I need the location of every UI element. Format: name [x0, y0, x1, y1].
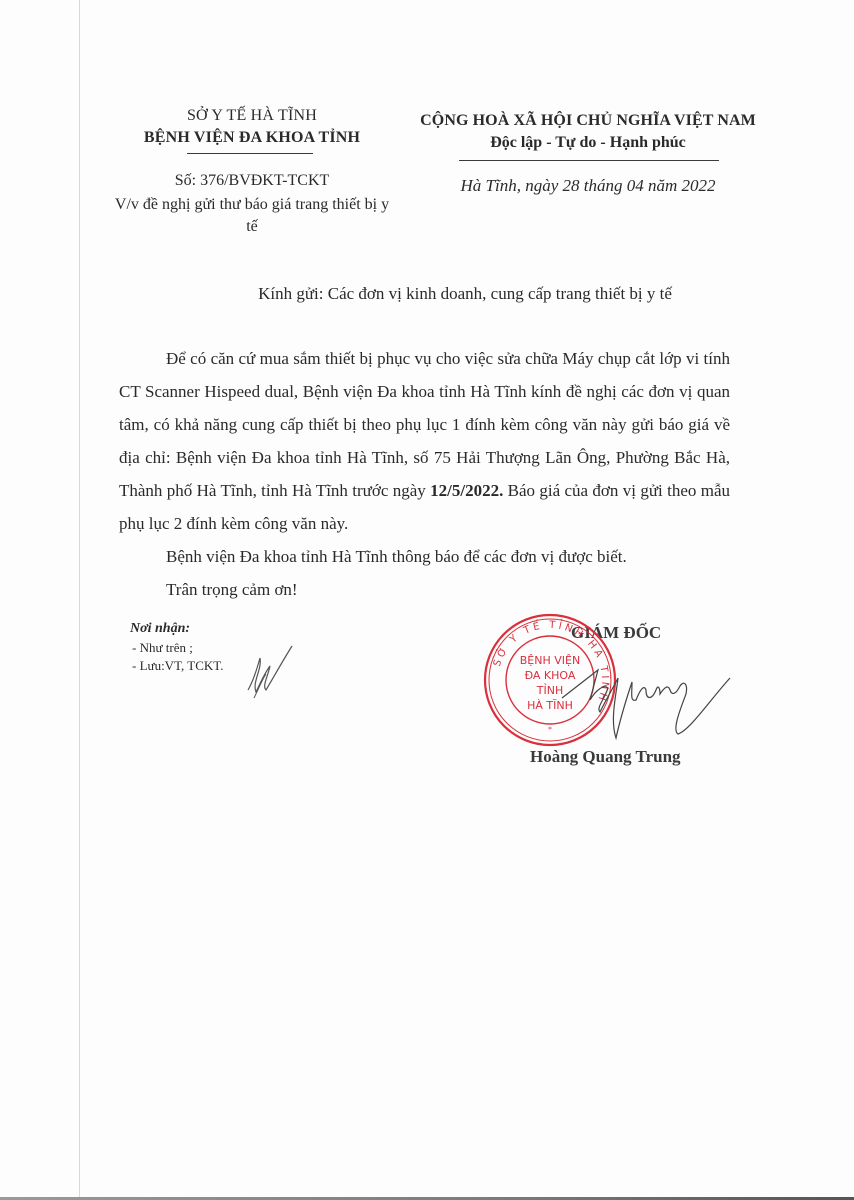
closing-line: Trân trọng cảm ơn! — [119, 573, 730, 606]
body-paragraph-2: Bệnh viện Đa khoa tỉnh Hà Tĩnh thông báo… — [119, 540, 730, 573]
director-signature-icon — [560, 660, 735, 745]
document-page: SỞ Y TẾ HÀ TĨNH BỆNH VIỆN ĐA KHOA TỈNH S… — [0, 0, 854, 1200]
svg-text:*: * — [548, 725, 552, 734]
national-title: CỘNG HOÀ XÃ HỘI CHỦ NGHĨA VIỆT NAM — [388, 112, 788, 130]
letter-body: Để có căn cứ mua sắm thiết bị phục vụ ch… — [119, 342, 730, 606]
recipients-title: Nơi nhận: — [130, 621, 190, 637]
body-paragraph-1-text: Để có căn cứ mua sắm thiết bị phục vụ ch… — [119, 349, 730, 500]
document-subject: V/v đề nghị gửi thư báo giá trang thiết … — [112, 194, 392, 238]
recipient-item: - Như trên ; — [132, 639, 224, 657]
national-motto: Độc lập - Tự do - Hạnh phúc — [388, 134, 788, 152]
initial-signature-icon — [240, 640, 295, 700]
salutation: Kính gửi: Các đơn vị kinh doanh, cung cấ… — [100, 284, 830, 304]
document-number: Số: 376/BVĐKT-TCKT — [112, 172, 392, 190]
place-and-date: Hà Tĩnh, ngày 28 tháng 04 năm 2022 — [388, 176, 788, 196]
deadline-date: 12/5/2022. — [430, 481, 503, 500]
recipients-list: - Như trên ; - Lưu:VT, TCKT. — [132, 639, 224, 675]
organization-underline — [187, 153, 313, 154]
organization-name: BỆNH VIỆN ĐA KHOA TỈNH — [112, 129, 392, 147]
motto-underline — [459, 160, 719, 161]
parent-organization: SỞ Y TẾ HÀ TĨNH — [112, 107, 392, 125]
recipient-item: - Lưu:VT, TCKT. — [132, 657, 224, 675]
body-paragraph-1: Để có căn cứ mua sắm thiết bị phục vụ ch… — [119, 342, 730, 540]
scan-fold-line — [79, 0, 80, 1200]
signer-name: Hoàng Quang Trung — [530, 747, 681, 767]
